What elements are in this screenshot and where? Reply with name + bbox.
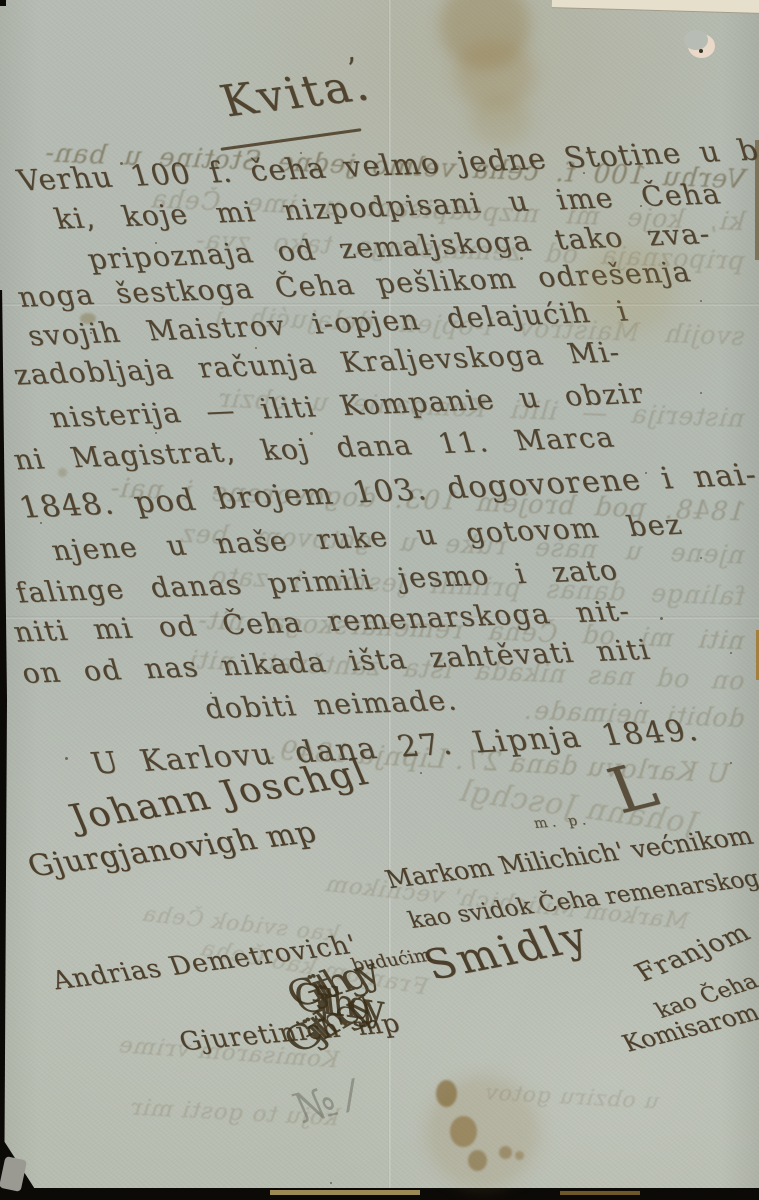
ink-speck-5 [640,205,642,207]
ink-speck-13 [700,392,702,394]
stain-3 [470,95,530,145]
ink-speck-26 [330,1182,332,1184]
signature-scribble: GjithgyGjithgyGjithgy [288,962,378,1057]
stain-5 [80,313,96,324]
stain-11 [499,1146,512,1159]
ink-speck-1 [120,162,123,165]
ink-speck-23 [730,762,732,764]
ink-speck-10 [255,347,257,349]
stain-10 [468,1150,487,1171]
ink-speck-11 [585,347,588,350]
ink-speck-9 [90,332,92,334]
ink-speck-15 [310,432,313,435]
ink-speck-19 [660,617,663,620]
ink-speck-18 [700,557,702,559]
stain-6 [58,468,67,477]
ink-speck-7 [520,257,523,260]
ink-speck-3 [420,207,423,210]
ink-speck-12 [640,392,642,394]
stain-4 [575,240,675,335]
ink-speck-4 [583,172,585,174]
handwriting-layer: Verhu 100 f. čeha velmo jedne Stotine u … [0,0,759,1200]
ink-speck-20 [730,652,732,654]
ink-speck-2 [300,152,302,154]
ink-speck-22 [640,702,642,704]
ink-speck-17 [40,522,42,524]
ink-speck-25 [65,757,68,760]
ink-speck-6 [155,242,157,244]
scanned-document: Kvita. ’ Verhu 100 f. čeha velmo jedne S… [0,0,759,1200]
ink-speck-24 [420,772,422,774]
stain-12 [515,1151,524,1160]
ink-speck-8 [700,300,702,302]
stain-8 [436,1080,457,1107]
ink-speck-16 [645,472,647,474]
stain-9 [450,1116,477,1147]
body-line-14: dobiti neimade. [200,684,461,725]
signature-2: Gjurgjanovigh mp [23,815,323,884]
ink-speck-14 [155,432,157,434]
ink-speck-21 [210,692,212,694]
